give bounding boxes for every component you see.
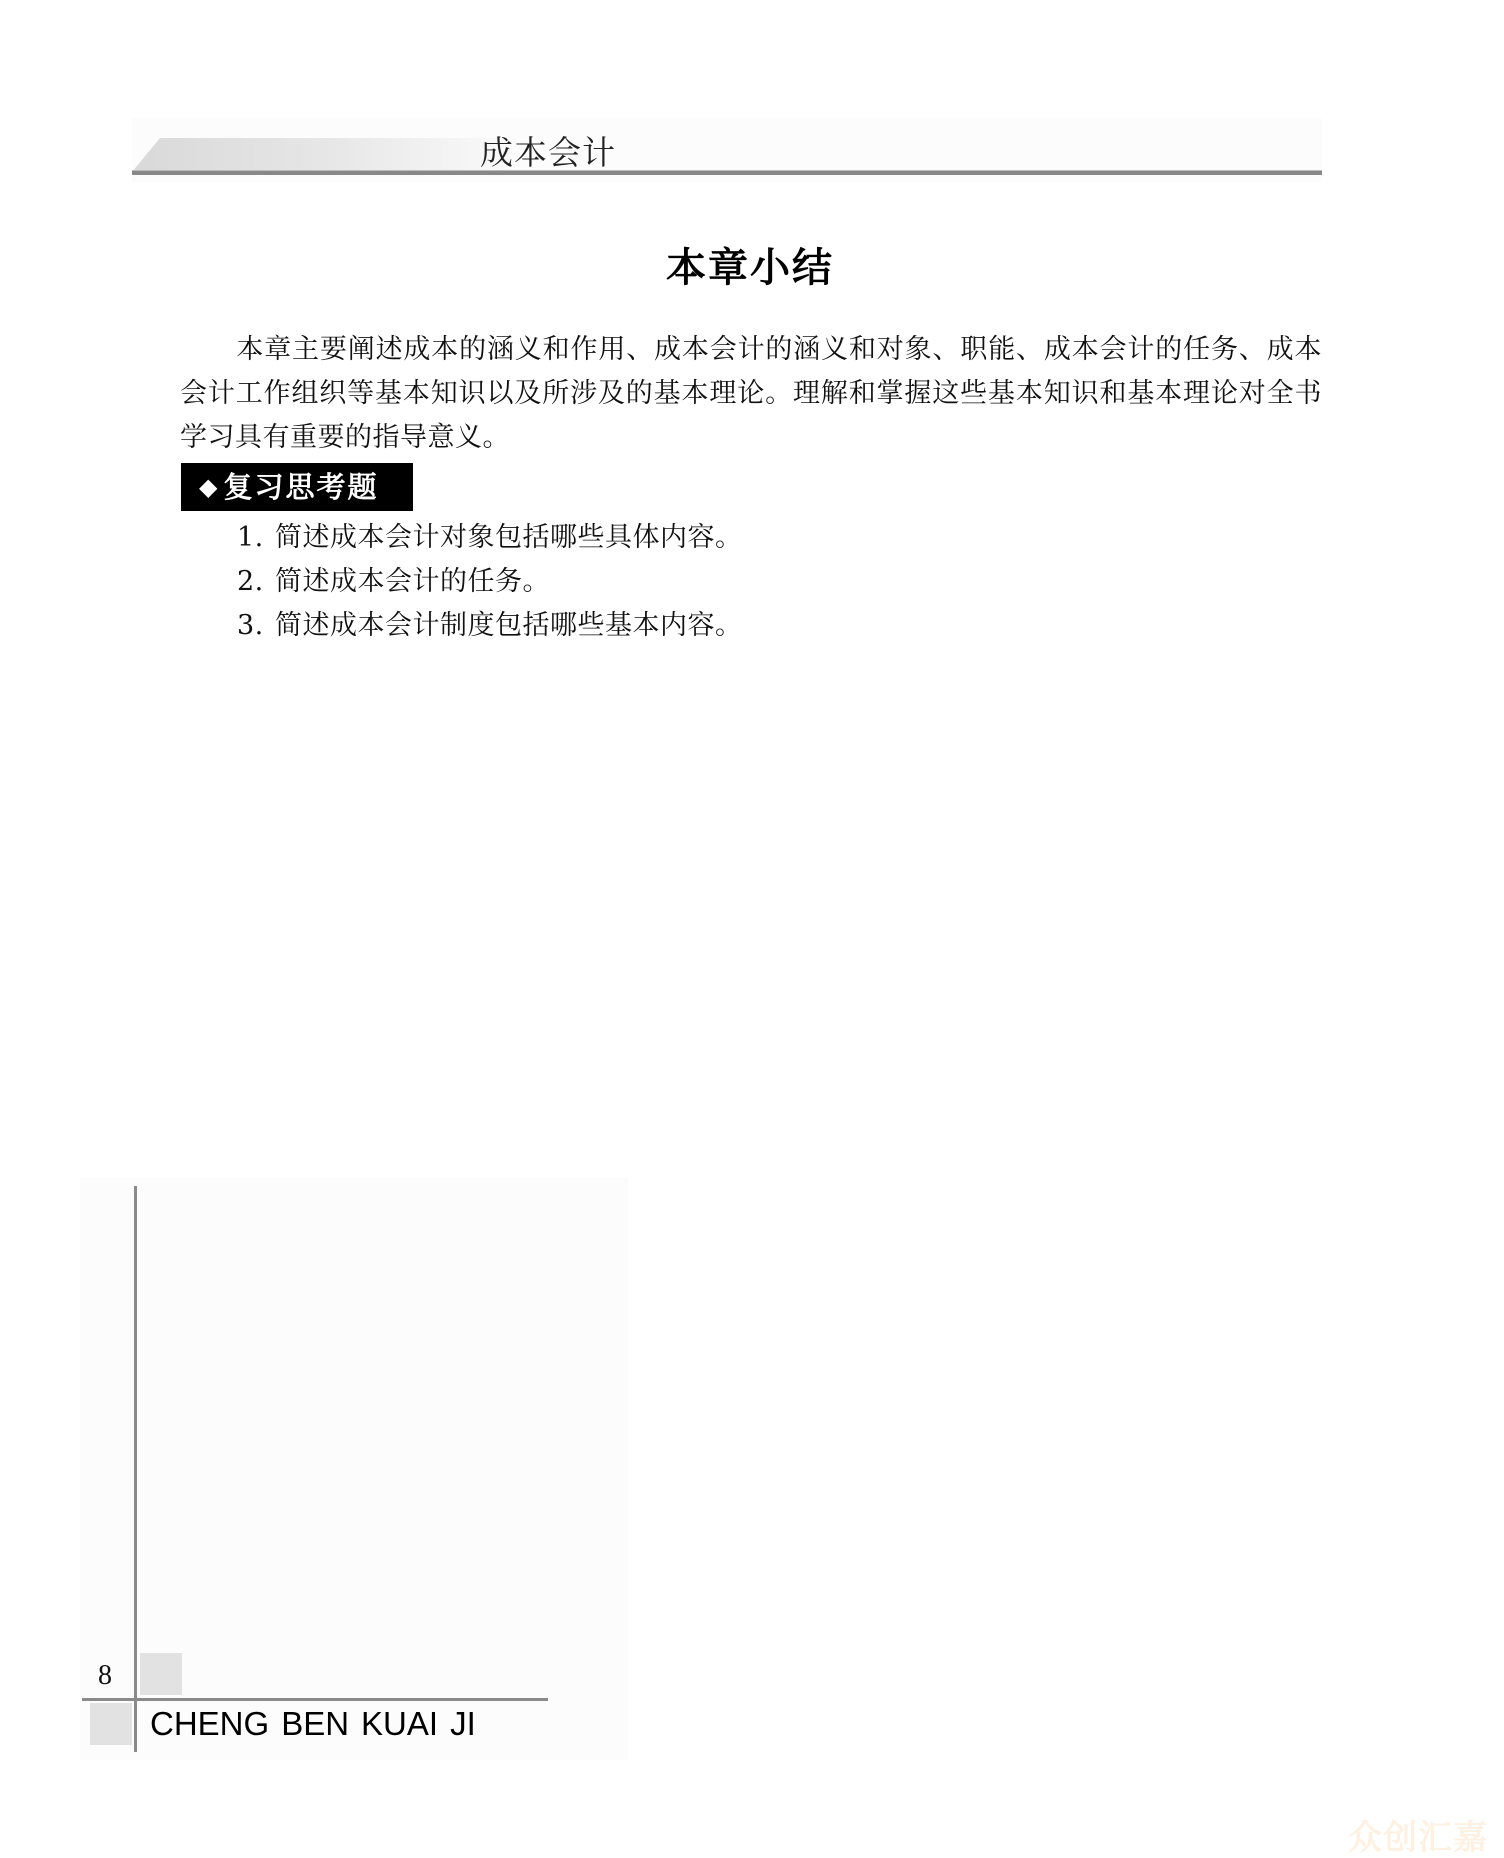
footer-horizontal-rule <box>82 1698 548 1701</box>
header-gradient-wedge <box>132 138 512 172</box>
section-title-text: 本章小结 <box>666 244 834 291</box>
running-header-title: 成本会计 <box>480 133 616 173</box>
footer-book-title-pinyin: CHENGBENKUAIJI <box>150 1704 476 1744</box>
review-question-list: 1.简述成本会计对象包括哪些具体内容。 2.简述成本会计的任务。 3.简述成本会… <box>237 516 743 648</box>
pinyin-word: CHENG <box>150 1705 269 1742</box>
footer-decor-square <box>140 1653 182 1695</box>
review-question-item: 3.简述成本会计制度包括哪些基本内容。 <box>237 604 743 648</box>
pinyin-word: KUAI <box>361 1705 438 1742</box>
question-number: 3. <box>237 604 275 648</box>
question-number: 2. <box>237 560 275 604</box>
pinyin-word: BEN <box>281 1705 349 1742</box>
question-number: 1. <box>237 516 275 560</box>
question-text: 简述成本会计制度包括哪些基本内容。 <box>275 610 743 641</box>
page-number: 8 <box>98 1660 112 1692</box>
diamond-icon: ◆ <box>199 473 219 501</box>
question-text: 简述成本会计的任务。 <box>275 566 550 597</box>
summary-paragraph-text: 本章主要阐述成本的涵义和作用、成本会计的涵义和对象、职能、成本会计的任务、成本会… <box>180 334 1322 453</box>
review-questions-label: ◆复习思考题 <box>181 463 413 511</box>
pinyin-word: JI <box>450 1705 476 1742</box>
footer-decor-square <box>90 1703 132 1745</box>
section-title: 本章小结 <box>0 236 1504 293</box>
footer-vertical-rule <box>134 1186 137 1752</box>
header-rule <box>132 171 1322 175</box>
question-text: 简述成本会计对象包括哪些具体内容。 <box>275 522 743 553</box>
watermark: 众创汇嘉 <box>1348 1818 1488 1858</box>
review-question-item: 1.简述成本会计对象包括哪些具体内容。 <box>237 516 743 560</box>
review-question-item: 2.简述成本会计的任务。 <box>237 560 743 604</box>
review-questions-label-text: 复习思考题 <box>223 470 378 504</box>
summary-paragraph: 本章主要阐述成本的涵义和作用、成本会计的涵义和对象、职能、成本会计的任务、成本会… <box>180 328 1322 460</box>
